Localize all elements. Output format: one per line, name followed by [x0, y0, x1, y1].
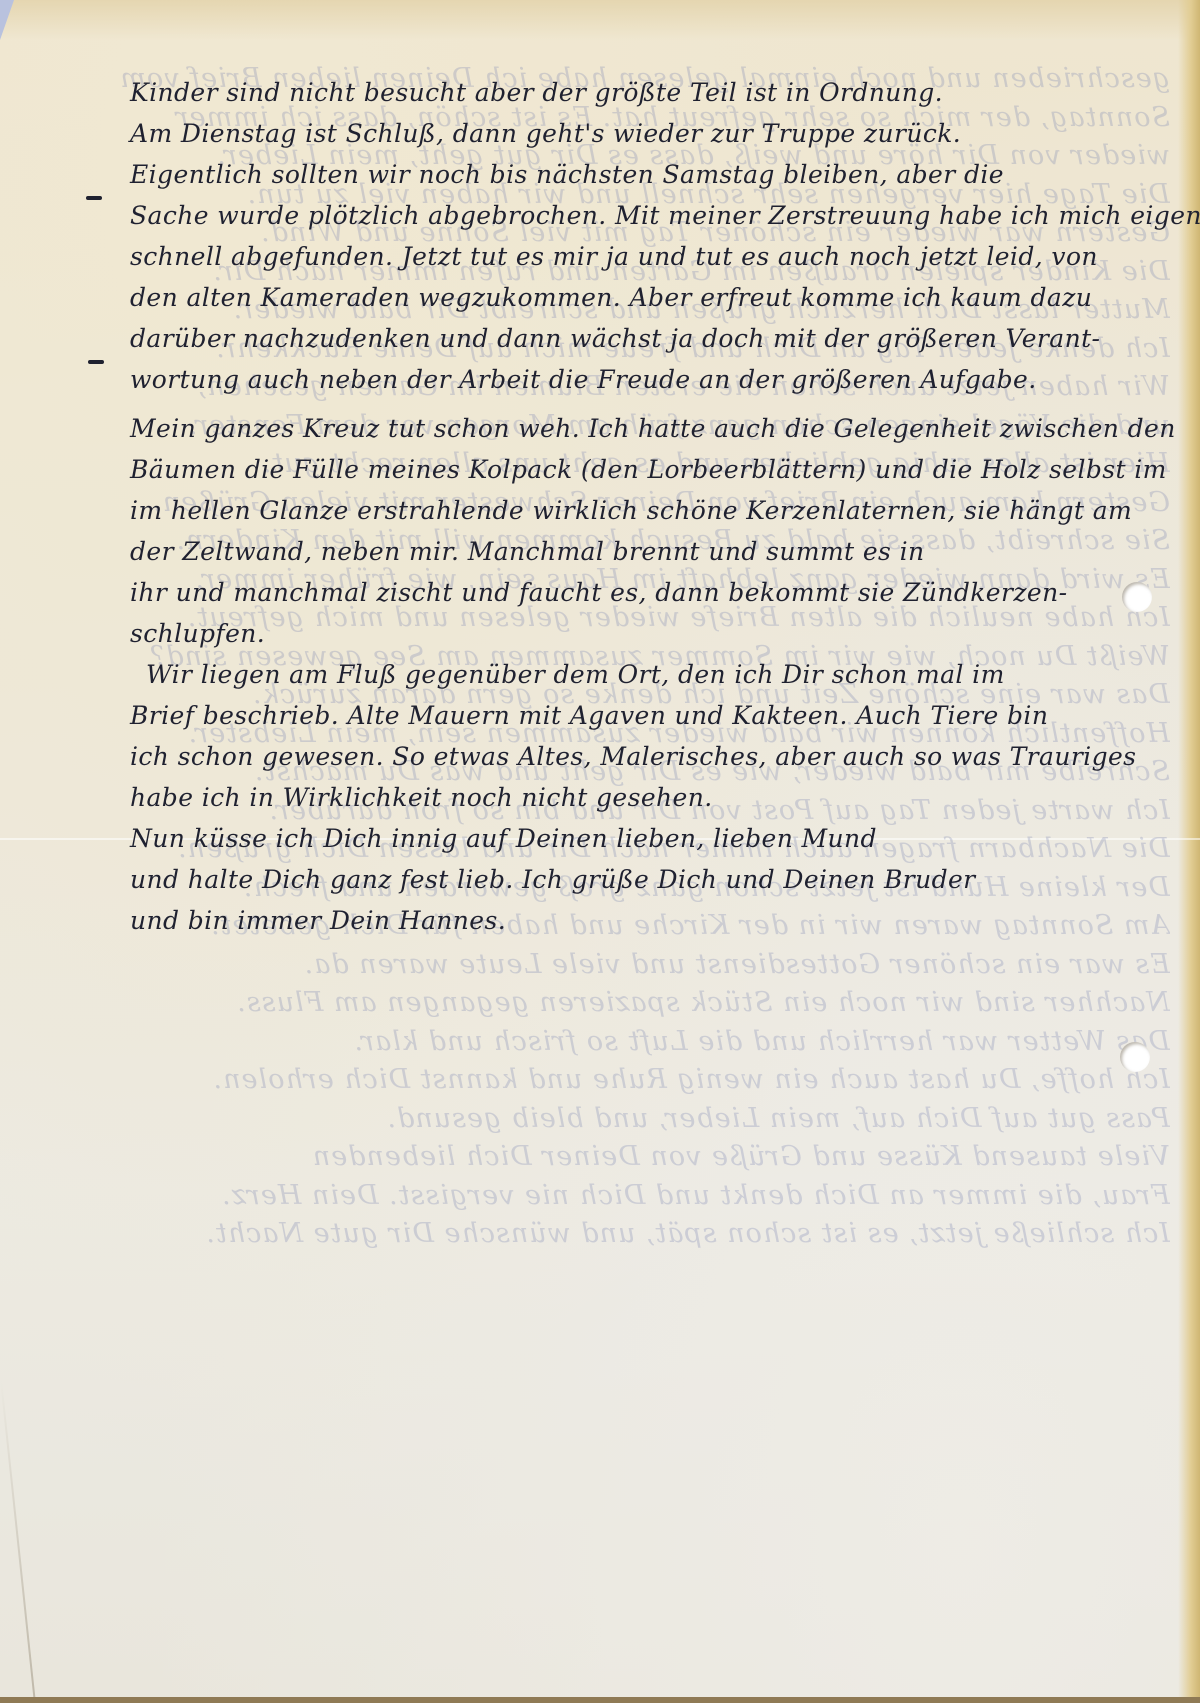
- letter-line: habe ich in Wirklichkeit noch nicht gese…: [130, 777, 1160, 818]
- letter-line: Wir liegen am Fluß gegenüber dem Ort, de…: [130, 654, 1160, 695]
- letter-line: Eigentlich sollten wir noch bis nächsten…: [130, 154, 1160, 195]
- bleed-line: Pass gut auf Dich auf, mein Lieber, und …: [60, 1100, 1170, 1139]
- letter-line: Kinder sind nicht besucht aber der größt…: [130, 72, 1160, 113]
- bleed-line: Ich hoffe, Du hast auch ein wenig Ruhe u…: [60, 1061, 1170, 1100]
- letter-line: darüber nachzudenken und dann wächst ja …: [130, 318, 1160, 359]
- letter-line: wortung auch neben der Arbeit die Freude…: [130, 359, 1160, 400]
- letter-line: schlupfen.: [130, 613, 1160, 654]
- letter-line: im hellen Glanze erstrahlende wirklich s…: [130, 490, 1160, 531]
- letter-body: Kinder sind nicht besucht aber der größt…: [130, 72, 1160, 941]
- margin-dash-mark: [88, 360, 104, 364]
- letter-line: und halte Dich ganz fest lieb. Ich grüße…: [130, 859, 1160, 900]
- margin-dash-mark: [86, 196, 102, 200]
- letter-line: ihr und manchmal zischt und faucht es, d…: [130, 572, 1160, 613]
- letter-line: der Zeltwand, neben mir. Manchmal brennt…: [130, 531, 1160, 572]
- letter-signature-line: und bin immer Dein Hannes.: [130, 900, 1160, 941]
- letter-line: Bäumen die Fülle meines Kolpack (den Lor…: [130, 449, 1160, 490]
- letter-line: Am Dienstag ist Schluß, dann geht's wied…: [130, 113, 1160, 154]
- bleed-line: Es war ein schöner Gottesdienst und viel…: [60, 946, 1170, 985]
- scan-bottom-edge: [0, 1697, 1200, 1703]
- bleed-line: Das Wetter war herrlich und die Luft so …: [60, 1023, 1170, 1062]
- letter-line: Mein ganzes Kreuz tut schon weh. Ich hat…: [130, 408, 1160, 449]
- punch-hole: [1120, 1042, 1150, 1072]
- letter-line: schnell abgefunden. Jetzt tut es mir ja …: [130, 236, 1160, 277]
- letter-line: Brief beschrieb. Alte Mauern mit Agaven …: [130, 695, 1160, 736]
- letter-line: den alten Kameraden wegzukommen. Aber er…: [130, 277, 1160, 318]
- letter-line: Nun küsse ich Dich innig auf Deinen lieb…: [130, 818, 1160, 859]
- bleed-line: Frau, die immer an Dich denkt und Dich n…: [60, 1177, 1170, 1216]
- letter-line: Sache wurde plötzlich abgebrochen. Mit m…: [130, 195, 1160, 236]
- aged-right-edge: [1178, 0, 1200, 1703]
- aged-top-edge: [0, 0, 1200, 40]
- punch-hole: [1122, 582, 1152, 612]
- paper-crease: [0, 1380, 35, 1698]
- bleed-line: Ich schließe jetzt, es ist schon spät, u…: [60, 1215, 1170, 1254]
- bleed-line: Nachher sind wir noch ein Stück spaziere…: [60, 984, 1170, 1023]
- letter-page: geschrieben und noch einmal gelesen habe…: [0, 0, 1200, 1703]
- letter-line: ich schon gewesen. So etwas Altes, Maler…: [130, 736, 1160, 777]
- bleed-line: Viele tausend Küsse und Grüße von Deiner…: [60, 1138, 1170, 1177]
